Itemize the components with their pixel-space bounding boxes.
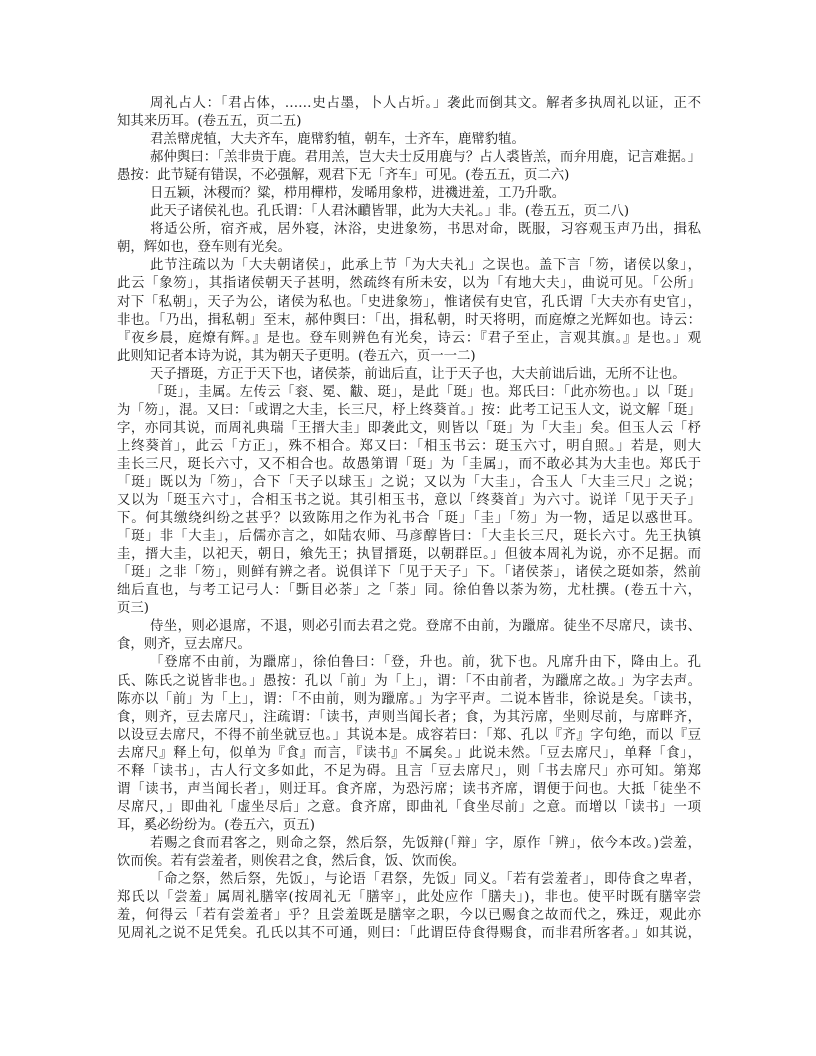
text-line: 朝，辉如也，登车则有光矣。 [117,239,701,257]
text-line: 「珽」之非「笏」，则鲜有辨之者。说俱详下「见于天子」下。「诸侯荼」，诸侯之珽如荼… [117,564,701,582]
text-line: 氏、陈氏之说皆非也。」愚按：孔以「前」为「上」，谓：「不由前者，为躐席之故。」为… [117,673,701,691]
document-page: 周礼占人：「君占体，……史占墨，卜人占圻。」袭此而倒其文。解者多执周礼以证，正不… [117,95,701,943]
text-line: 侍坐，则必退席，不退，则必引而去君之党。登席不由前，为躐席。徒坐不尽席尺，读书、 [117,618,701,636]
text-line: 周礼占人：「君占体，……史占墨，卜人占圻。」袭此而倒其文。解者多执周礼以证，正不 [117,95,701,113]
text-line: 又以为「珽玉六寸」，合相玉书之说。其引相玉书，意以「终葵首」为六寸。说详「见于天… [117,492,701,510]
text-line: 『夜乡晨，庭燎有辉。』是也。登车则辨色有光矣，诗云：『君子至止，言观其旗。』是也… [117,330,701,348]
text-line: 「珽」，圭属。左传云「衮、冕、黻、珽」，是此「珽」也。郑氏曰：「此亦笏也。」以「… [117,384,701,402]
text-line: 愚按：此节疑有错误，不必强解，观君下无「齐车」可见。(卷五五，页二六) [117,167,701,185]
text-line: 此节注疏以为「大夫朝诸侯」，此承上节「为大夫礼」之误也。盖下言「笏，诸侯以象」， [117,257,701,275]
text-line: 圭长三尺，珽长六寸，又不相合也。故愚第谓「珽」为「圭属」，而不敢必其为大圭也。郑… [117,456,701,474]
text-line: 「命之祭，然后祭，先饭」，与论语「君祭，先饭」同义。「若有尝羞者」，即侍食之卑者… [117,871,701,889]
text-line: 「珽」非「大圭」，后儒亦言之，如陆农师、马彦醇皆曰：「大圭长三尺，珽长六寸。先王… [117,528,701,546]
text-line: 食，则齐，豆去席尺。 [117,636,701,654]
text-line: 下。何其缴绕纠纷之甚乎？以致陈用之作为礼书合「珽」「圭」「笏」为一物，适足以惑世… [117,510,701,528]
text-line: 「珽」既以为「笏」，合下「天子以球玉」之说；又以为「大圭」，合玉人「大圭三尺」之… [117,474,701,492]
text-line: 上终葵首」，此云「方正」，殊不相合。郑又曰：「相玉书云：珽玉六寸，明自照。」若是… [117,438,701,456]
text-line: 羞，何得云「若有尝羞者」乎？且尝羞既是膳宰之职，今以已赐食之故而代之，殊迂，观此… [117,907,701,925]
text-line: 此天子诸侯礼也。孔氏谓：「人君沐靧皆罪，此为大夫礼。」非。(卷五五，页二八) [117,203,701,221]
text-line: 对下「私朝」，天子为公，诸侯为私也。「史进象笏」，惟诸侯有史官，孔氏谓「大夫亦有… [117,294,701,312]
text-line: 以设豆去席尺，不得不前坐就豆也。」其说本是。成容若曰：「郑、孔以『齐』字句绝，而… [117,727,701,745]
text-line: 君羔幦虎犆，大夫齐车，鹿幦豹犆，朝车，士齐车，鹿幦豹犆。 [117,131,701,149]
text-line: 此云「象笏」，其指诸侯朝天子甚明，然疏终有所未安，以为「有地大夫」，曲说可见。「… [117,275,701,293]
text-line: 非也。「乃出，揖私朝」至末，郝仲舆曰：「出，揖私朝，时天将明，而庭燎之光辉如也。… [117,312,701,330]
text-line: 若赐之食而君客之，则命之祭，然后祭，先饭辩(「辩」字，原作「辨」，依今本改。)尝… [117,835,701,853]
text-line: 食，则齐，豆去席尺」，注疏谓：「读书，声则当闻长者；食，为其污席，坐则尽前，与席… [117,709,701,727]
text-line: 圭，搢大圭，以祀天，朝日，飨先王；执冒搢珽，以朝群臣。」但彼本周礼为说，亦不足据… [117,546,701,564]
text-line: 郝仲舆曰：「羔非贵于鹿。君用羔，岂大夫士反用鹿与？占人裘皆羔，而弁用鹿，记言难据… [117,149,701,167]
text-line: 郑氏以「尝羞」属周礼膳宰(按周礼无「膳宰」，此处应作「膳夫」)，非也。使平时既有… [117,889,701,907]
text-line: 陈亦以「前」为「上」，谓：「不由前，则为躐席。」为字平声。二说本皆非，徐说是矣。… [117,691,701,709]
text-line: 「登席不由前，为躐席」，徐伯鲁曰：「登，升也。前，犹下也。凡席升由下，降由上。孔 [117,654,701,672]
text-line: 页三) [117,600,701,618]
text-line: 去席尺』释上句，似单为『食』而言，『读书』不属矣。」此说未然。「豆去席尺」，单释… [117,745,701,763]
text-line: 耳，奚必纷纷为。(卷五六，页五) [117,817,701,835]
text-line: 不释「读书」，古人行文多如此，不足为碍。且言「豆去席尺」，则「书去席尺」亦可知。… [117,763,701,781]
text-line: 日五颖，沐稷而？粱，栉用樿栉，发晞用象栉，进禨进羞，工乃升歌。 [117,185,701,203]
text-line: 此则知记者本诗为说，其为朝天子更明。(卷五六，页一一二) [117,348,701,366]
text-line: 将适公所，宿齐戒，居外寝，沐浴，史进象笏，书思对命，既服，习容观玉声乃出，揖私 [117,221,701,239]
text-line: 绌后直也，与考工记弓人：「斲目必荼」之「荼」同。徐伯鲁以荼为笏，尤杜撰。(卷五十… [117,582,701,600]
text-line: 尽席尺，」即曲礼「虚坐尽后」之意。食齐席，即曲礼「食坐尽前」之意。而增以「读书」… [117,799,701,817]
text-line: 谓「读书，声当闻长者」，则迂耳。食齐席，为恐污席；读书齐席，谓便于问也。大抵「徒… [117,781,701,799]
text-line: 见周礼之说不足凭矣。孔氏以其不可通，则曰：「此谓臣侍食得赐食，而非君所客者。」如… [117,925,701,943]
text-line: 为「笏」，混。又曰：「或谓之大圭，长三尺，杼上终葵首。」按：此考工记玉人文，说文… [117,402,701,420]
text-line: 字，亦同其说，而周礼典瑞「王搢大圭」即袭此文，则皆以「珽」为「大圭」矣。但玉人云… [117,420,701,438]
text-line: 知其来历耳。(卷五五，页二五) [117,113,701,131]
text-line: 天子搢珽，方正于天下也，诸侯荼，前诎后直，让于天子也，大夫前诎后诎，无所不让也。 [117,366,701,384]
text-line: 饮而俟。若有尝羞者，则俟君之食，然后食，饭、饮而俟。 [117,853,701,871]
